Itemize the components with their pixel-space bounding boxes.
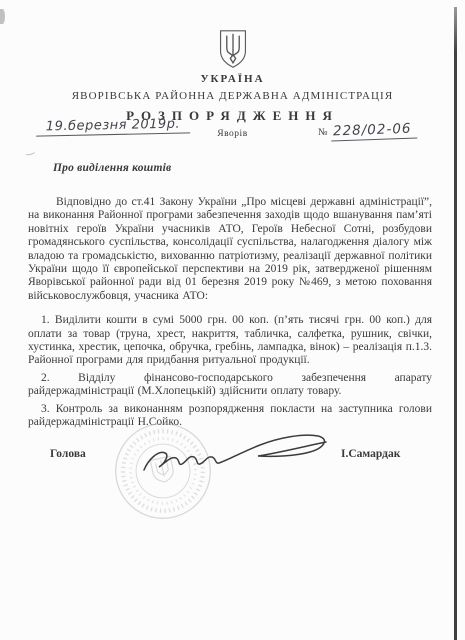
document-header: УКРАЇНА ЯВОРІВСЬКА РАЙОННА ДЕРЖАВНА АДМІ… xyxy=(0,28,465,124)
handwritten-signature-scrawl xyxy=(138,426,343,484)
preamble-paragraph: Відповідно до ст.41 Закону України „Про … xyxy=(28,196,432,303)
document-number: № 228/02-06 xyxy=(318,122,416,140)
ukraine-tryzub-coat-of-arms-icon xyxy=(217,28,249,71)
signer-title: Голова xyxy=(50,448,86,460)
order-item-2: 2. Відділу фінансово-господарського забе… xyxy=(28,372,432,399)
order-item-1: 1. Виділити кошти в сумі 5000 грн. 00 ко… xyxy=(28,314,432,368)
stray-pen-mark xyxy=(25,149,36,156)
subject-line: Про виділення коштів xyxy=(53,162,171,174)
signer-name: І.Самардак xyxy=(341,448,400,460)
document-body: Відповідно до ст.41 Закону України „Про … xyxy=(28,196,432,430)
scanned-document-page: УКРАЇНА ЯВОРІВСЬКА РАЙОННА ДЕРЖАВНА АДМІ… xyxy=(0,0,465,640)
handwritten-number: 228/02-06 xyxy=(330,121,416,142)
country-title: УКРАЇНА xyxy=(0,73,465,85)
authority-title: ЯВОРІВСЬКА РАЙОННА ДЕРЖАВНА АДМІНІСТРАЦІ… xyxy=(0,90,465,102)
scan-corner-smudge xyxy=(0,9,5,24)
number-sign: № xyxy=(318,127,328,140)
